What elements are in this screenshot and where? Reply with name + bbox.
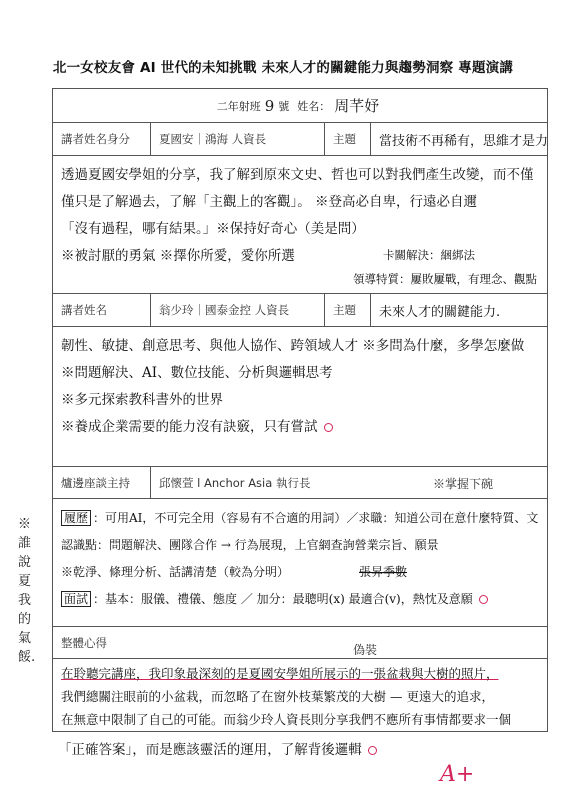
note-text: ※養成企業需要的能力沒有訣竅，只有嘗試 bbox=[61, 419, 318, 435]
document-title: 北一女校友會 AI 世代的未知挑戰 未來人才的關鍵能力與趨勢洞察 專題演講 bbox=[0, 56, 566, 76]
notes-area-1[interactable]: 透過夏國安學姐的分享，我了解到原來文史、哲也可以對我們產生改變，而不僅 僅只是了… bbox=[52, 155, 548, 293]
reflection-label: 整體心得 bbox=[61, 635, 107, 651]
note-text: 認識點：問題解決、團隊合作 → 行為展現，上官網查詢營業宗旨、願景 bbox=[61, 538, 439, 552]
topic-field[interactable]: 未來人才的關鍵能力. bbox=[371, 294, 547, 326]
grade-class-label: 二年射班 bbox=[217, 98, 261, 114]
note-line: 僅只是了解過去，了解「主觀上的客觀」。 ※登高必自卑，行遠必自邇 bbox=[61, 189, 539, 216]
note-text: ※乾淨、條理分析、話講清楚（較為分明） bbox=[61, 565, 289, 579]
topic-label: 主題 bbox=[325, 123, 371, 155]
reflection-line: 在無意中限制了自己的可能。而翁少玲人資長則分享我們不應所有事情都要求一個 bbox=[61, 708, 539, 731]
student-name[interactable]: 周芊妤 bbox=[334, 95, 379, 116]
note-line: ※乾淨、條理分析、話講清楚（較為分明）張昇季數 bbox=[61, 559, 539, 586]
note-text: ：基本：服儀、禮儀、態度 ／ 加分：最聰明(x) 最適合(v)，熱忱及意願 bbox=[93, 592, 473, 606]
note-line: 認識點：問題解決、團隊合作 → 行為展現，上官網查詢營業宗旨、願景 bbox=[61, 532, 539, 559]
speaker-name: 翁少玲｜國泰金控 人資長 bbox=[151, 294, 325, 326]
check-circle-icon bbox=[368, 746, 377, 755]
note-line: ※多元探索教科書外的世界 bbox=[61, 387, 539, 414]
notes-area-2[interactable]: 韌性、敏捷、創意思考、與他人協作、跨領域人才 ※多問為什麼，多學怎麼做 ※問題解… bbox=[52, 326, 548, 466]
note-line: 透過夏國安學姐的分享，我了解到原來文史、哲也可以對我們產生改變，而不僅 bbox=[61, 162, 539, 189]
moderator-row: 爐邊座談主持 邱懷萱 l Anchor Asia 執行長 ※掌握下碗 bbox=[52, 466, 548, 498]
reflection-continuation: 「正確答案」，而是應該靈活的運用，了解背後邏輯 bbox=[58, 738, 377, 758]
role-label: 講者姓名 bbox=[53, 294, 151, 326]
note-line: 履歷：可用AI，不可完全用（容易有不合適的用詞）／求職：知道公司在意什麼特質、文… bbox=[61, 505, 539, 532]
check-circle-icon bbox=[324, 423, 333, 432]
side-note: ※掌握下碗 bbox=[433, 475, 493, 492]
role-label: 爐邊座談主持 bbox=[53, 467, 151, 498]
grade-mark: A+ bbox=[440, 762, 474, 787]
reflection-line: 在聆聽完講座，我印象最深刻的是夏國安學姐所展示的一張盆栽與大樹的照片， bbox=[61, 662, 539, 685]
worksheet-table: 二年射班 9 號 姓名： 周芊妤 講者姓名身分 夏國安｜鴻海 人資長 主題 當技… bbox=[52, 88, 548, 732]
reflection-label-row: 整體心得 偽裝 bbox=[52, 626, 548, 658]
note-line: ※問題解決、AI、數位技能、分析與邏輯思考 bbox=[61, 360, 539, 387]
boxed-keyword: 履歷 bbox=[61, 510, 91, 526]
student-info-row: 二年射班 9 號 姓名： 周芊妤 bbox=[52, 88, 548, 122]
note-line: ※養成企業需要的能力沒有訣竅，只有嘗試 bbox=[61, 414, 539, 441]
struck-note: 張昇季數 bbox=[359, 565, 407, 579]
speaker-row-1: 講者姓名身分 夏國安｜鴻海 人資長 主題 當技術不再稀有，思維才是力量 bbox=[52, 122, 548, 155]
notes-area-3[interactable]: 履歷：可用AI，不可完全用（容易有不合適的用詞）／求職：知道公司在意什麼特質、文… bbox=[52, 498, 548, 626]
margin-note: ※誰說夏我的氣餒. bbox=[18, 515, 34, 667]
reflection-line: 我們總關注眼前的小盆栽，而忽略了在窗外枝葉繁茂的大樹 — 更遠大的追求， bbox=[61, 685, 539, 708]
reflection-line: 「正確答案」，而是應該靈活的運用，了解背後邏輯 bbox=[58, 742, 362, 758]
number-label: 號 bbox=[278, 98, 289, 114]
note-text: ：可用AI，不可完全用（容易有不合適的用詞）／求職：知道公司在意什麼特質、文化 bbox=[93, 511, 539, 525]
speaker-row-2: 講者姓名 翁少玲｜國泰金控 人資長 主題 未來人才的關鍵能力. bbox=[52, 293, 548, 326]
name-label: 姓名： bbox=[297, 98, 330, 114]
reflection-area[interactable]: 在聆聽完講座，我印象最深刻的是夏國安學姐所展示的一張盆栽與大樹的照片， 我們總關… bbox=[52, 658, 548, 732]
note-line: 「沒有過程，哪有結果。」※保持好奇心（美是問） bbox=[61, 216, 539, 243]
seat-number[interactable]: 9 bbox=[265, 97, 275, 115]
role-label: 講者姓名身分 bbox=[53, 123, 151, 155]
topic-label: 主題 bbox=[325, 294, 371, 326]
side-note: 卡關解決：綑綁法 bbox=[383, 246, 475, 264]
below-note: 偽裝 bbox=[353, 641, 377, 658]
speaker-name: 夏國安｜鴻海 人資長 bbox=[151, 123, 325, 155]
boxed-keyword: 面試 bbox=[61, 591, 91, 607]
check-circle-icon bbox=[479, 595, 488, 604]
note-line: 面試：基本：服儀、禮儀、態度 ／ 加分：最聰明(x) 最適合(v)，熱忱及意願 bbox=[61, 586, 539, 613]
note-line: 韌性、敏捷、創意思考、與他人協作、跨領域人才 ※多問為什麼，多學怎麼做 bbox=[61, 333, 539, 360]
topic-field[interactable]: 當技術不再稀有，思維才是力量 bbox=[371, 123, 547, 155]
side-note: 領導特質：屢敗屢戰，有理念、觀點 bbox=[353, 270, 537, 288]
